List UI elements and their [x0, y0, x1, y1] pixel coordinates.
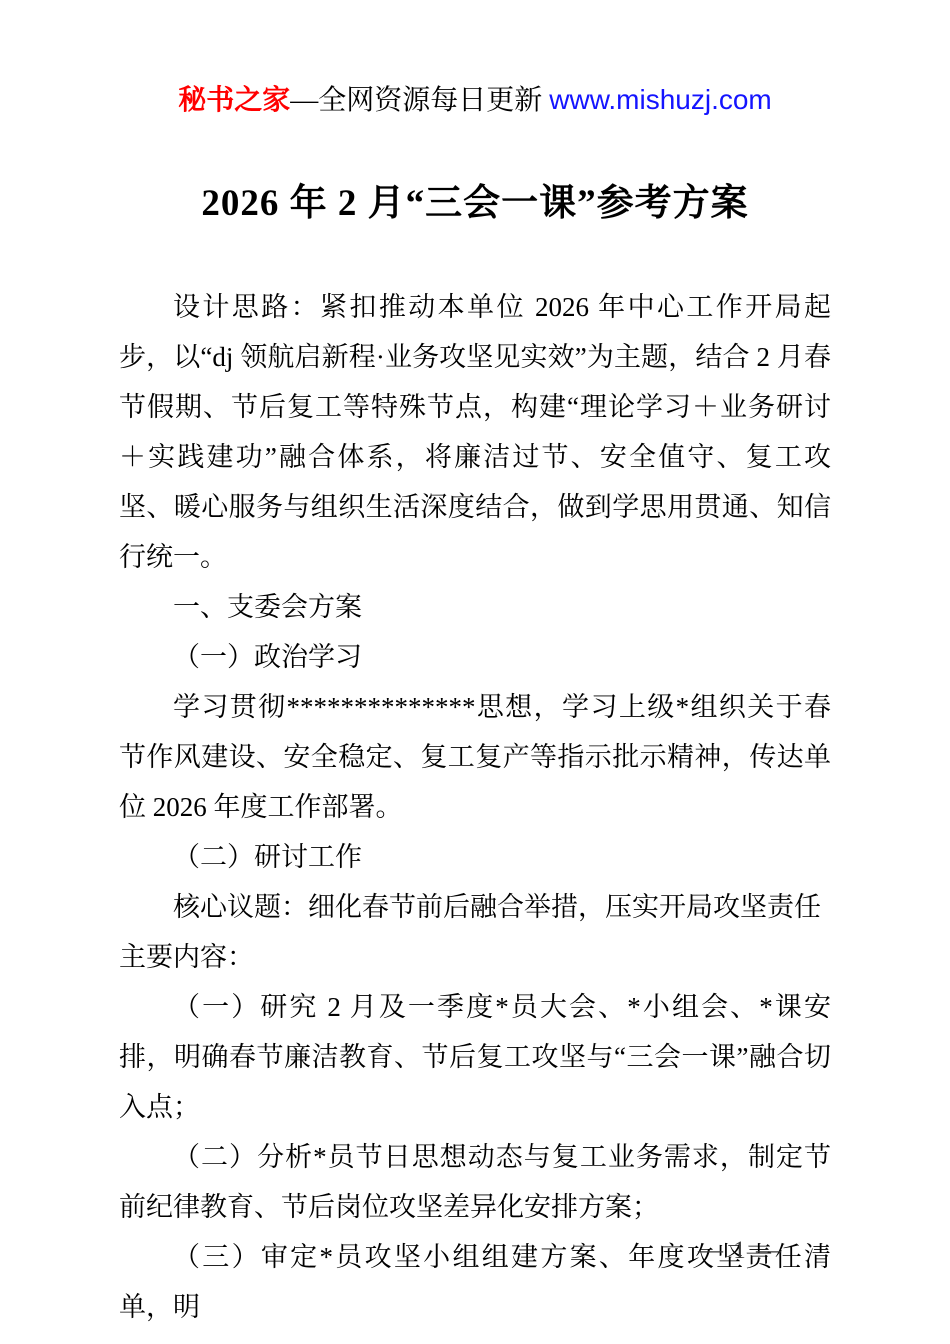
- paragraph-core-topic: 核心议题：细化春节前后融合举措，压实开局攻坚责任: [119, 882, 831, 932]
- heading-subsection-1-2: （二）研讨工作: [119, 832, 831, 882]
- document-page: 秘书之家—全网资源每日更新 www.mishuzj.com 2026 年 2 月…: [0, 0, 950, 1344]
- paragraph-main-content-label: 主要内容：: [119, 932, 831, 982]
- paragraph-item-2: （二）分析*员节日思想动态与复工业务需求，制定节前纪律教育、节后岗位攻坚差异化安…: [119, 1132, 831, 1232]
- heading-subsection-1-1: （一）政治学习: [119, 632, 831, 682]
- site-header: 秘书之家—全网资源每日更新 www.mishuzj.com: [0, 82, 950, 119]
- site-tagline: —全网资源每日更新: [290, 85, 549, 116]
- heading-section-1: 一、支委会方案: [119, 582, 831, 632]
- paragraph-item-1: （一）研究 2 月及一季度*员大会、*小组会、*课安排，明确春节廉洁教育、节后复…: [119, 982, 831, 1132]
- page-number: — 1 —: [698, 1237, 783, 1265]
- site-logo-text: 秘书之家: [178, 85, 290, 116]
- paragraph-design-intent: 设计思路：紧扣推动本单位 2026 年中心工作开局起步，以“dj 领航启新程·业…: [119, 282, 831, 582]
- paragraph-political-study: 学习贯彻**************思想，学习上级*组织关于春节作风建设、安全稳…: [119, 682, 831, 832]
- document-title: 2026 年 2 月“三会一课”参考方案: [0, 180, 950, 228]
- document-body: 设计思路：紧扣推动本单位 2026 年中心工作开局起步，以“dj 领航启新程·业…: [119, 282, 831, 1332]
- site-url-link[interactable]: www.mishuzj.com: [549, 84, 771, 115]
